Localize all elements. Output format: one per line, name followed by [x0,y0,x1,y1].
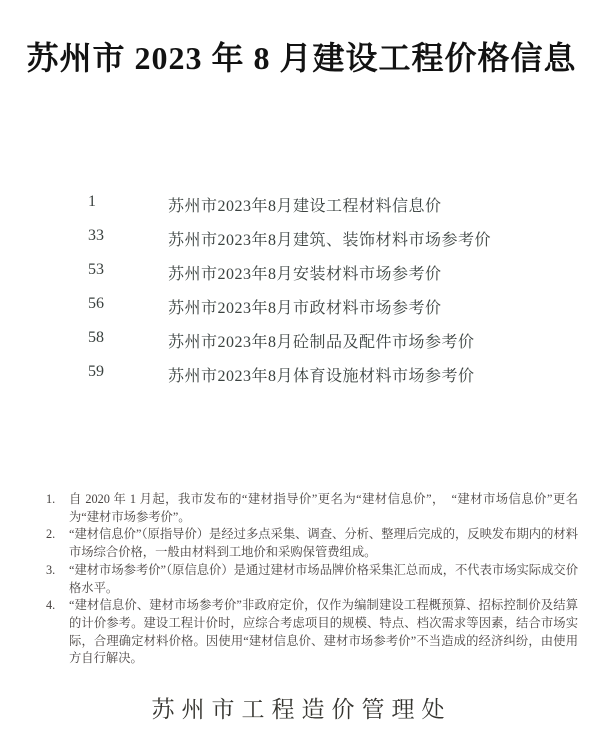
note-text: “建材信息价、建材市场参考价”非政府定价，仅作为编制建设工程概预算、招标控制价及… [69,597,578,668]
toc-page-number: 33 [88,227,168,245]
toc-page-number: 1 [88,193,168,211]
toc-page-number: 56 [88,295,168,313]
note-number: 4. [46,597,69,668]
note-number: 2. [46,526,69,561]
table-of-contents: 1 苏州市2023年8月建设工程材料信息价 33 苏州市2023年8月建筑、装饰… [88,193,573,397]
note-text: “建材信息价”（原指导价）是经过多点采集、调查、分析、整理后完成的，反映发布期内… [69,526,578,561]
toc-page-number: 59 [88,363,168,381]
note-text: “建材市场参考价”（原信息价）是通过建材市场品牌价格采集汇总而成，不代表市场实际… [69,562,578,597]
toc-entry: 56 苏州市2023年8月市政材料市场参考价 [88,295,573,329]
note-item: 4. “建材信息价、建材市场参考价”非政府定价，仅作为编制建设工程概预算、招标控… [46,597,578,668]
toc-entry-title: 苏州市2023年8月建筑、装饰材料市场参考价 [168,227,573,250]
toc-page-number: 58 [88,329,168,347]
notes-section: 1. 自 2020 年 1 月起，我市发布的“建材指导价”更名为“建材信息价”，… [46,491,578,668]
toc-entry-title: 苏州市2023年8月市政材料市场参考价 [168,295,573,318]
note-number: 3. [46,562,69,597]
toc-entry-title: 苏州市2023年8月安装材料市场参考价 [168,261,573,284]
toc-entry: 33 苏州市2023年8月建筑、装饰材料市场参考价 [88,227,573,261]
toc-entry: 1 苏州市2023年8月建设工程材料信息价 [88,193,573,227]
toc-entry-title: 苏州市2023年8月建设工程材料信息价 [168,193,573,216]
note-item: 3. “建材市场参考价”（原信息价）是通过建材市场品牌价格采集汇总而成，不代表市… [46,562,578,597]
toc-entry-title: 苏州市2023年8月体育设施材料市场参考价 [168,363,573,386]
toc-entry-title: 苏州市2023年8月砼制品及配件市场参考价 [168,329,573,352]
toc-entry: 59 苏州市2023年8月体育设施材料市场参考价 [88,363,573,397]
document-title: 苏州市 2023 年 8 月建设工程价格信息 [0,33,603,79]
toc-page-number: 53 [88,261,168,279]
issuing-agency-footer: 苏州市工程造价管理处 [0,691,603,724]
toc-entry: 53 苏州市2023年8月安装材料市场参考价 [88,261,573,295]
document-page: 苏州市 2023 年 8 月建设工程价格信息 1 苏州市2023年8月建设工程材… [0,0,603,741]
toc-entry: 58 苏州市2023年8月砼制品及配件市场参考价 [88,329,573,363]
note-text: 自 2020 年 1 月起，我市发布的“建材指导价”更名为“建材信息价”， “建… [69,491,578,526]
note-item: 2. “建材信息价”（原指导价）是经过多点采集、调查、分析、整理后完成的，反映发… [46,526,578,561]
note-number: 1. [46,491,69,526]
note-item: 1. 自 2020 年 1 月起，我市发布的“建材指导价”更名为“建材信息价”，… [46,491,578,526]
